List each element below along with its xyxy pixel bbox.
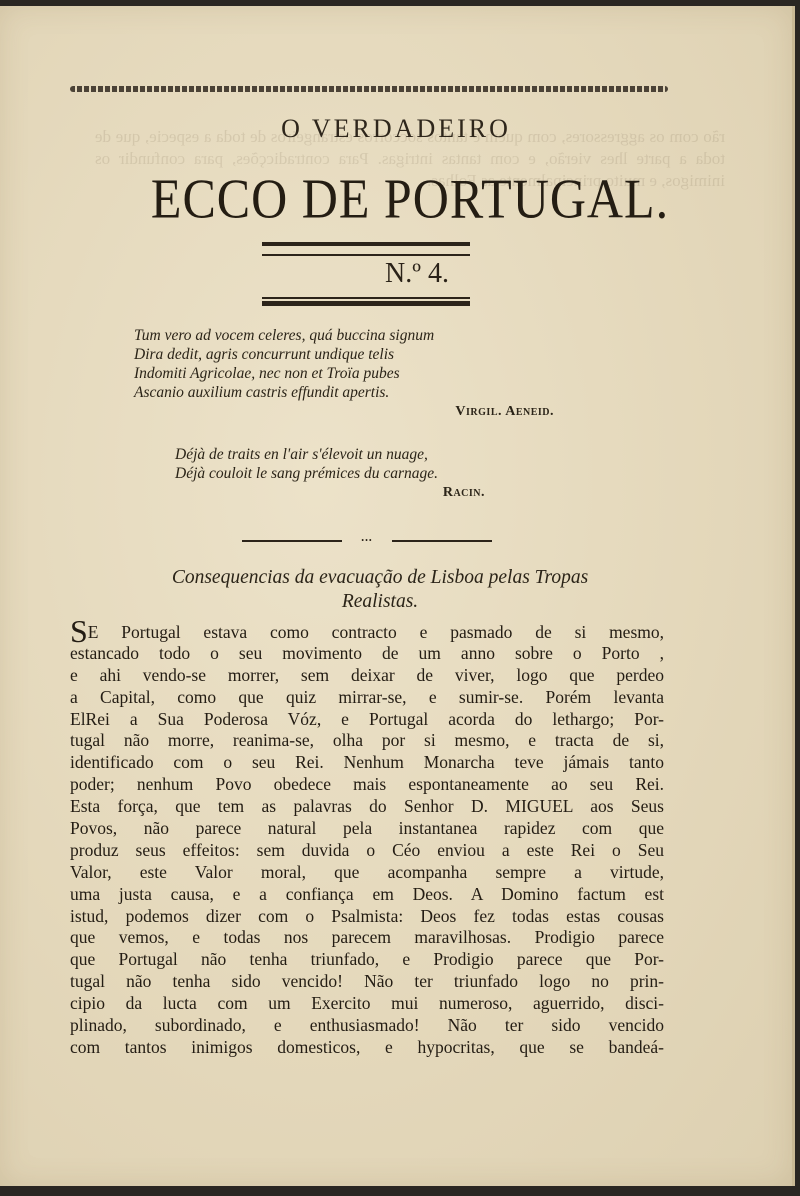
divider-line-right — [392, 540, 492, 542]
body-line: e ahi vendo-se morrer, sem deixar de viv… — [70, 665, 664, 687]
article-title: Consequencias da evacuação de Lisboa pel… — [80, 566, 680, 614]
body-line: com tantos inimigos domesticos, e hypocr… — [70, 1037, 664, 1059]
body-line: SE Portugal estava como contracto e pasm… — [70, 621, 664, 643]
scanned-page: rão com os aggressores, com quem e tanto… — [0, 6, 795, 1186]
body-line: que vemos, e todas nos parecem maravilho… — [70, 927, 664, 949]
epigraph-line: Ascanio auxilium castris effundit aperti… — [134, 383, 554, 402]
body-line: tugal não tenha sido vencido! Não ter tr… — [70, 971, 664, 993]
article-title-line: Consequencias da evacuação de Lisboa pel… — [80, 566, 680, 590]
epigraph-line: Dira dedit, agris concurrunt undique tel… — [134, 345, 554, 364]
epigraph-line: Tum vero ad vocem celeres, quá buccina s… — [134, 326, 554, 345]
body-line: estancado todo o seu movimento de um ann… — [70, 643, 664, 665]
body-line: cipio da lucta com um Exercito mui numer… — [70, 993, 664, 1015]
epigraph-line: Déjà couloit le sang prémices du carnage… — [175, 464, 535, 483]
body-line: que Portugal não tenha triunfado, e Prod… — [70, 949, 664, 971]
article-body: SE Portugal estava como contracto e pasm… — [70, 621, 664, 1059]
issue-number: N.º 4. — [0, 258, 792, 290]
body-line: uma justa causa, e a confiança em Deos. … — [70, 884, 664, 906]
body-line: istud, podemos dizer com o Psalmista: De… — [70, 906, 664, 928]
body-line: a Capital, como que quiz mirrar-se, e su… — [70, 687, 664, 709]
body-line: Povos, não parece natural pela instantan… — [70, 818, 664, 840]
epigraph-line: Déjà de traits en l'air s'élevoit un nua… — [175, 445, 535, 464]
epigraph-attribution: Virgil. Aeneid. — [134, 402, 554, 421]
body-line: identificado com o seu Rei. Nenhum Monar… — [70, 752, 664, 774]
masthead-kicker: O VERDADEIRO — [0, 114, 792, 144]
double-rule-top — [262, 242, 470, 256]
masthead-title: ECCO DE PORTUGAL. — [0, 166, 792, 231]
epigraph-line: Indomiti Agricolae, nec non et Troïa pub… — [134, 364, 554, 383]
epigraph-racine: Déjà de traits en l'air s'élevoit un nua… — [175, 445, 535, 502]
divider-dots: ••• — [345, 537, 389, 545]
body-line: tugal não morre, reanima-se, olha por si… — [70, 730, 664, 752]
body-line: Esta força, que tem as palavras do Senho… — [70, 796, 664, 818]
body-line: ElRei a Sua Poderosa Vóz, e Portugal aco… — [70, 709, 664, 731]
body-line: produz seus effeitos: sem duvida o Céo e… — [70, 840, 664, 862]
body-line: Valor, este Valor moral, que acompanha s… — [70, 862, 664, 884]
divider-line-left — [242, 540, 342, 542]
body-line: plinado, subordinado, e enthusiasmado! N… — [70, 1015, 664, 1037]
article-title-line: Realistas. — [80, 590, 680, 614]
section-divider-ornament: ••• — [242, 537, 492, 545]
epigraph-virgil: Tum vero ad vocem celeres, quá buccina s… — [134, 326, 554, 421]
epigraph-attribution: Racin. — [175, 483, 535, 502]
header-ornament-rule — [70, 86, 668, 92]
body-line: poder; nenhum Povo obedece mais espontan… — [70, 774, 664, 796]
double-rule-bottom — [262, 297, 470, 306]
